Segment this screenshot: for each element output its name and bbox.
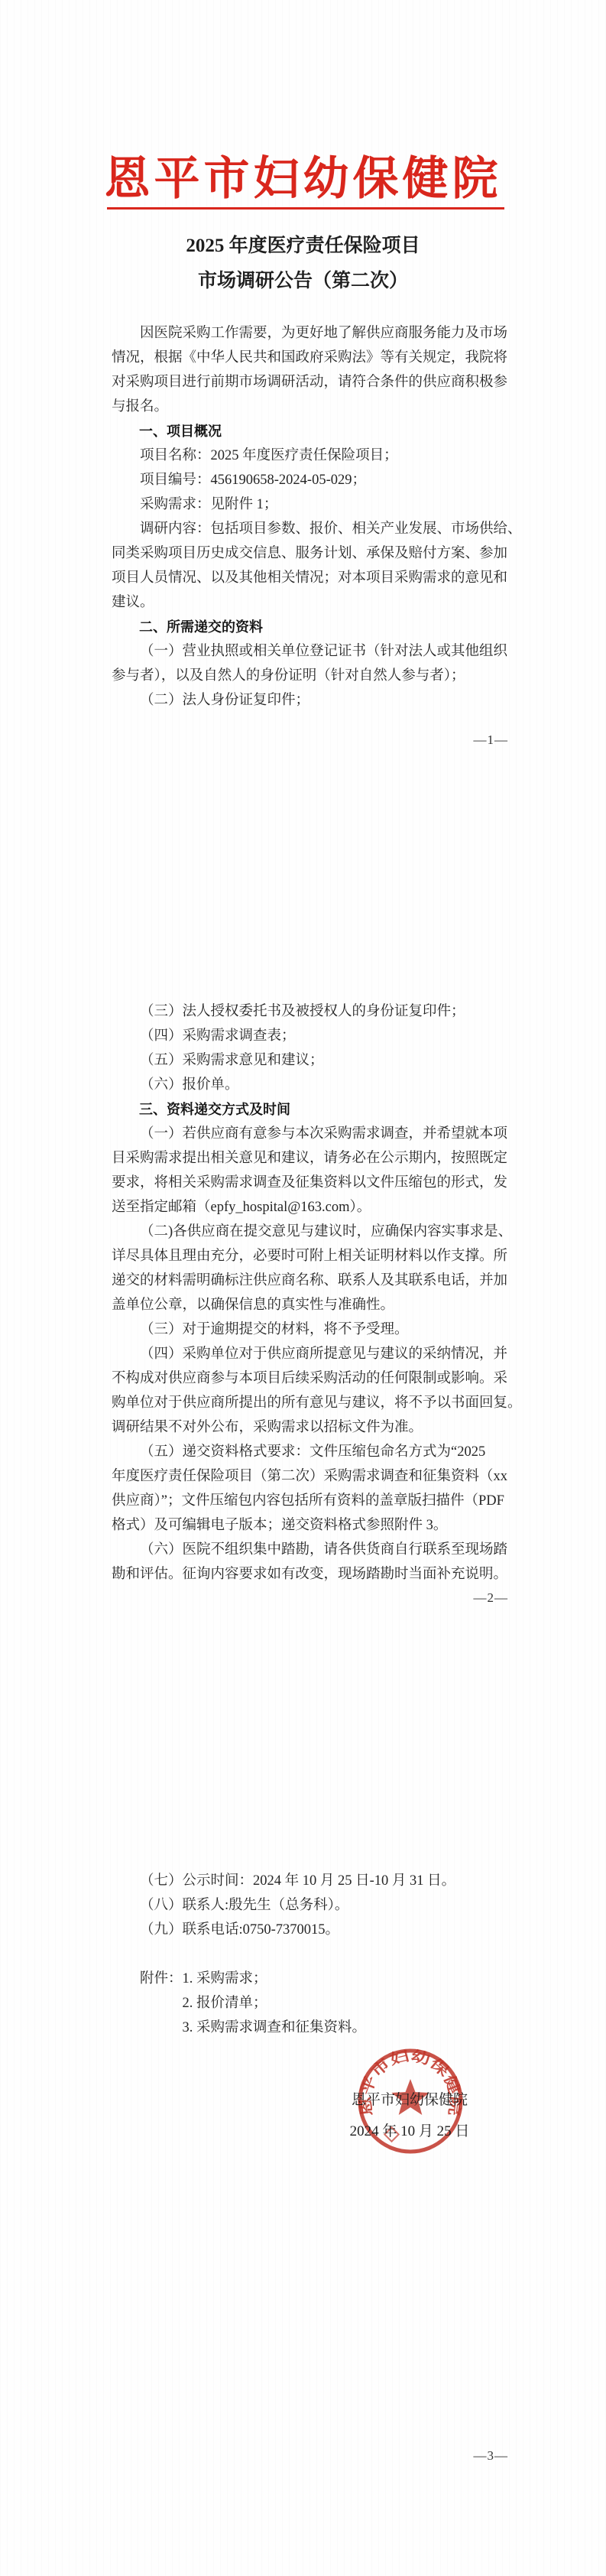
text-line: 年度医疗责任保险项目（第二次）采购需求调查和征集资料（xx	[112, 1464, 506, 1489]
text-line: （九）联系电话:0750-7370015。	[112, 1918, 506, 1942]
text-line: 供应商）”；文件压缩包内容包括所有资料的盖章版扫描件（PDF	[112, 1489, 506, 1513]
text-line: 递交的材料需明确标注供应商名称、联系人及其联系电话，并加	[112, 1269, 506, 1293]
text-line	[112, 1942, 506, 1967]
text-line: 与报名。	[112, 395, 506, 419]
text-line: 目采购需求提出相关意见和建议，请务必在公示期内，按照既定	[112, 1146, 506, 1171]
text-line: 建议。	[112, 590, 506, 615]
page1-number: —1—	[474, 733, 509, 748]
text-line: 格式）及可编辑电子版本；递交资料格式参照附件 3。	[112, 1513, 506, 1538]
text-line: （四）采购单位对于供应商所提意见与建议的采纳情况，并	[112, 1342, 506, 1366]
text-line: （五）采购需求意见和建议；	[112, 1048, 506, 1073]
text-line: 对采购项目进行前期市场调研活动，请符合条件的供应商积极参	[112, 370, 506, 395]
signature-block: 恩平市妇幼保健院 2024 年 10 月 25 日	[312, 2084, 507, 2147]
page2-body: （三）法人授权委托书及被授权人的身份证复印件；（四）采购需求调查表；（五）采购需…	[112, 999, 506, 1587]
page3-number: —3—	[474, 2448, 509, 2464]
text-line: 参与者），以及自然人的身份证明（针对自然人参与者）；	[112, 664, 506, 688]
letterhead-divider	[107, 207, 504, 210]
text-line: （一）营业执照或相关单位登记证书（针对法人或其他组织	[112, 639, 506, 664]
text-line: 三、资料递交方式及时间	[112, 1097, 506, 1122]
text-line: 二、所需递交的资料	[112, 615, 506, 639]
text-line: 同类采购项目历史成交信息、服务计划、承保及赔付方案、参加	[112, 541, 506, 566]
page2-number: —2—	[474, 1590, 509, 1606]
text-line: 采购需求：见附件 1；	[112, 492, 506, 517]
text-line: 调研内容：包括项目参数、报价、相关产业发展、市场供给、	[112, 517, 506, 541]
text-line: 盖单位公章，以确保信息的真实性与准确性。	[112, 1293, 506, 1317]
text-line: （三）对于逾期提交的材料，将不予受理。	[112, 1317, 506, 1342]
document-title-line1: 2025 年度医疗责任保险项目	[0, 229, 606, 264]
text-line: （五）递交资料格式要求：文件压缩包命名方式为“2025	[112, 1440, 506, 1464]
text-line: 项目编号：456190658-2024-05-029；	[112, 468, 506, 492]
text-line: 不构成对供应商参与本项目后续采购活动的任何限制或影响。采	[112, 1366, 506, 1391]
text-line: （六）报价单。	[112, 1073, 506, 1097]
text-line: （七）公示时间：2024 年 10 月 25 日-10 月 31 日。	[112, 1869, 506, 1893]
signature-org: 恩平市妇幼保健院	[312, 2084, 507, 2116]
text-line: 2. 报价清单；	[112, 1991, 506, 2016]
text-line: 项目名称：2025 年度医疗责任保险项目；	[112, 443, 506, 468]
text-line: 送至指定邮箱（epfy_hospital@163.com）。	[112, 1195, 506, 1220]
document-title: 2025 年度医疗责任保险项目 市场调研公告（第二次）	[0, 229, 606, 299]
letterhead-hospital-name: 恩平市妇幼保健院	[0, 142, 606, 208]
signature-date: 2024 年 10 月 25 日	[312, 2116, 507, 2147]
text-line: 一、项目概况	[112, 419, 506, 443]
page1-body: 因医院采购工作需要，为更好地了解供应商服务能力及市场情况，根据《中华人民共和国政…	[112, 321, 506, 713]
text-line: 要求，将相关采购需求调查及征集资料以文件压缩包的形式，发	[112, 1171, 506, 1195]
text-line: （八）联系人:殷先生（总务科）。	[112, 1893, 506, 1918]
text-line: 勘和评估。征询内容要求如有改变，现场踏勘时当面补充说明。	[112, 1562, 506, 1587]
text-line: （二)各供应商在提交意见与建议时，应确保内容实事求是、	[112, 1220, 506, 1244]
text-line: 附件：1. 采购需求；	[112, 1967, 506, 1991]
text-line: （一）若供应商有意参与本次采购需求调查，并希望就本项	[112, 1122, 506, 1146]
text-line: 情况，根据《中华人民共和国政府采购法》等有关规定，我院将	[112, 346, 506, 370]
text-line: 调研结果不对外公布，采购需求以招标文件为准。	[112, 1415, 506, 1440]
page3-body: （七）公示时间：2024 年 10 月 25 日-10 月 31 日。（八）联系…	[112, 1869, 506, 2040]
text-line: （二）法人身份证复印件；	[112, 688, 506, 713]
text-line: 购单位对于供应商所提出的所有意见与建议，将不予以书面回复。	[112, 1391, 506, 1415]
text-line: （六）医院不组织集中踏勘，请各供货商自行联系至现场踏	[112, 1538, 506, 1562]
text-line: 因医院采购工作需要，为更好地了解供应商服务能力及市场	[112, 321, 506, 346]
text-line: （三）法人授权委托书及被授权人的身份证复印件；	[112, 999, 506, 1024]
text-line: 详尽具体且理由充分，必要时可附上相关证明材料以作支撑。所	[112, 1244, 506, 1269]
scanned-document: 恩平市妇幼保健院 2025 年度医疗责任保险项目 市场调研公告（第二次） 因医院…	[0, 0, 606, 2576]
text-line: （四）采购需求调查表；	[112, 1024, 506, 1048]
text-line: 项目人员情况、以及其他相关情况；对本项目采购需求的意见和	[112, 566, 506, 590]
document-title-line2: 市场调研公告（第二次）	[0, 264, 606, 299]
